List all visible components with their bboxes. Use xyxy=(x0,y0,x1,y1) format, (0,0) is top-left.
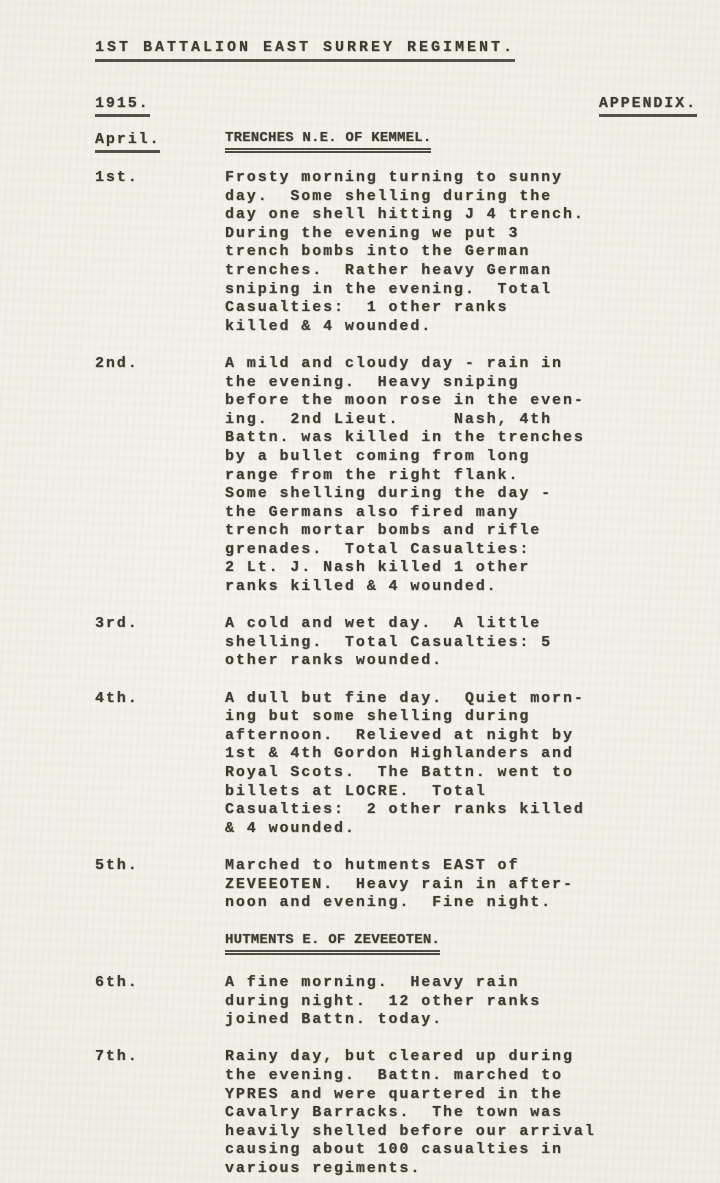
diary-entries: 1st. Frosty morning turning to sunny day… xyxy=(95,169,720,1178)
page-title: 1ST BATTALION EAST SURREY REGIMENT. xyxy=(95,40,515,62)
entry-date: 4th. xyxy=(95,690,225,709)
section-heading-row: HUTMENTS E. OF ZEVEEOTEN. xyxy=(95,931,720,955)
entry-date: 5th. xyxy=(95,857,225,876)
entry-date: 1st. xyxy=(95,169,225,188)
diary-entry-2nd: 2nd. A mild and cloudy day - rain in the… xyxy=(95,355,720,597)
section-heading-zeveeoten: HUTMENTS E. OF ZEVEEOTEN. xyxy=(225,933,440,955)
year-appendix-row: 1915. APPENDIX. xyxy=(95,96,697,117)
entry-text: A fine morning. Heavy rain during night.… xyxy=(225,974,645,1030)
entry-text: A cold and wet day. A little shelling. T… xyxy=(225,615,645,671)
entry-date: 7th. xyxy=(95,1048,225,1067)
diary-entry-3rd: 3rd. A cold and wet day. A little shelli… xyxy=(95,615,720,671)
document-page: 1ST BATTALION EAST SURREY REGIMENT. 1915… xyxy=(0,0,720,1183)
entry-date: 3rd. xyxy=(95,615,225,634)
page-header: 1ST BATTALION EAST SURREY REGIMENT. 1915… xyxy=(95,38,720,153)
section-heading-container: HUTMENTS E. OF ZEVEEOTEN. xyxy=(225,931,440,955)
diary-entry-7th: 7th. Rainy day, but cleared up during th… xyxy=(95,1048,720,1178)
diary-entry-5th: 5th. Marched to hutments EAST of ZEVEEOT… xyxy=(95,857,720,913)
month-section-row: April. TRENCHES N.E. OF KEMMEL. xyxy=(95,131,720,153)
diary-entry-1st: 1st. Frosty morning turning to sunny day… xyxy=(95,169,720,336)
section-heading-kemmel: TRENCHES N.E. OF KEMMEL. xyxy=(225,131,431,153)
entry-text: A dull but fine day. Quiet morn- ing but… xyxy=(225,690,645,839)
entry-text: A mild and cloudy day - rain in the even… xyxy=(225,355,645,597)
entry-date: 6th. xyxy=(95,974,225,993)
appendix-label: APPENDIX. xyxy=(599,96,697,117)
diary-entry-6th: 6th. A fine morning. Heavy rain during n… xyxy=(95,974,720,1030)
diary-entry-4th: 4th. A dull but fine day. Quiet morn- in… xyxy=(95,690,720,839)
year-label: 1915. xyxy=(95,96,150,117)
entry-text: Marched to hutments EAST of ZEVEEOTEN. H… xyxy=(225,857,645,913)
entry-text: Rainy day, but cleared up during the eve… xyxy=(225,1048,645,1178)
entry-date: 2nd. xyxy=(95,355,225,374)
entry-text: Frosty morning turning to sunny day. Som… xyxy=(225,169,645,336)
month-label: April. xyxy=(95,131,225,153)
